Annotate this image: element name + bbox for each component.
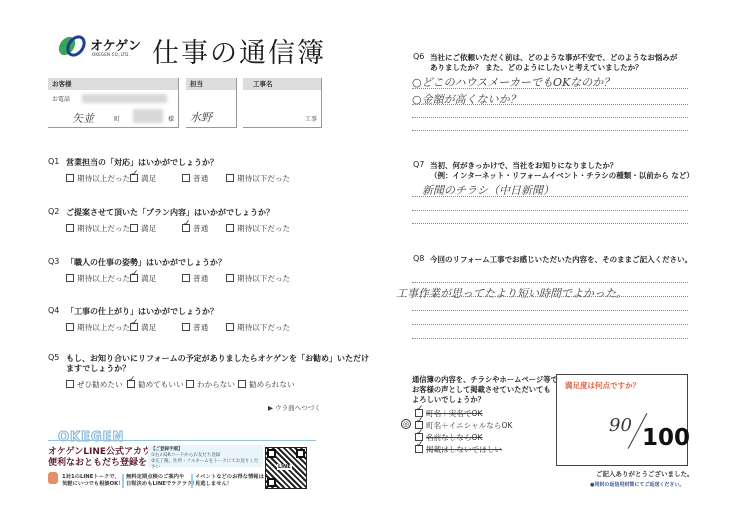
customer-label: お客様 [48,78,178,90]
page-title: 仕事の通信簿 [152,31,326,70]
q4-option[interactable]: 期待以下だった [226,322,290,333]
q6-line [412,88,688,89]
q6-text-line2: ありましたか？ また、どのようにしたいと考えていましたか？ [430,62,643,73]
q5-text-line2: ますでしょうか？ [66,363,130,374]
feature-2-line2: 日程決めもLINEでラクラク！ [126,481,198,488]
project-suffix: 工事 [305,114,317,123]
banner-divider [48,440,316,441]
publish-option-label: 掲載はしないでほしい [426,445,502,454]
feature-3-line1: イベントなどのお得な情報は [195,474,264,481]
checkbox[interactable] [66,323,74,331]
registration-steps: 【ご登録手順】 ①右のQRコードからお友だち登録 ②完了後、住所・フルネームをト… [148,445,263,467]
q5-option[interactable]: わからない [186,379,235,390]
feature-1-line2: 気軽にいつでも相談OK！ [62,481,124,488]
option-label: 勧めてもいい [138,380,184,389]
checkbox[interactable] [127,380,135,388]
q8-text: 今回のリフォーム工事でお感じいただいた内容を、そのままご記入ください。 [430,254,692,265]
option-label: 期待以下だった [237,323,290,332]
q5-number: Q5 [48,353,59,362]
q8-answer: 工事作業が思ってたより短い時間でよかった。 [396,285,627,301]
publish-option-label: 町名＋実名でOK [426,409,483,418]
checkbox[interactable] [226,274,234,282]
q4-option[interactable]: 普通 [182,322,208,333]
publish-option-label: 町名＋イニシャルならOK [426,421,512,430]
feature-1-line1: 1対1のLINEトークで、 [62,474,124,481]
score-value: 90 [609,415,632,436]
q1-text: 営業担当の「対応」はいかがでしょうか？ [66,157,218,168]
q1-option[interactable]: 満足 [130,173,156,184]
checkbox[interactable] [182,274,190,282]
option-label: 満足 [141,174,156,183]
checkbox[interactable] [66,380,74,388]
line-qr-code-icon[interactable]: LINE [265,447,307,489]
q3-text: 「職人の仕事の姿勢」はいかがでしょうか？ [66,257,226,268]
publish-option[interactable]: 町名＋実名でOK [415,408,483,419]
q7-number: Q7 [413,160,424,169]
q4-option[interactable]: 満足 [130,322,156,333]
q6-line [412,104,688,105]
q5-option[interactable]: 勧められない [238,379,295,390]
q8-line [412,296,688,297]
checkbox[interactable] [182,174,190,182]
q8-line [412,282,688,283]
score-label: 満足度は何点ですか？ [565,380,640,391]
option-label: 満足 [141,274,156,283]
q2-number: Q2 [48,207,59,216]
customer-box: お客様 お電話 矢並 町 様 [48,78,179,128]
qr-line-label: LINE [277,464,292,470]
checkbox[interactable] [226,224,234,232]
staff-box: 担当 水野 [186,78,237,128]
q3-option[interactable]: 普通 [182,273,208,284]
checkbox[interactable] [182,224,190,232]
publish-question-line1: 通信簿の内容を、チラシやホームページ等で [412,375,558,385]
selected-mark-icon: ◎ [401,419,411,429]
feature-1: 1対1のLINEトークで、 気軽にいつでも相談OK！ [62,474,124,488]
phone-redacted [82,94,167,103]
option-label: 普通 [193,323,208,332]
q4-option[interactable]: 期待以上だった [66,322,130,333]
option-label: ぜひ勧めたい [77,380,123,389]
publish-question-line2: お客様の声として掲載させていただいても [412,385,551,395]
q6-line [412,130,688,131]
checkbox[interactable] [226,323,234,331]
q1-option[interactable]: 期待以下だった [226,173,290,184]
q6-number: Q6 [413,52,424,61]
q2-option[interactable]: 普通 [182,223,208,234]
feature-2: 無料定期点検のご案内や 日程決めもLINEでラクラク！ [126,474,198,488]
checkbox[interactable] [130,274,138,282]
score-box: 満足度は何点ですか？ 90 100 [556,374,688,466]
checkbox[interactable] [66,274,74,282]
option-label: 期待以上だった [77,323,130,332]
phone-label: お電話 [52,94,70,103]
okegen-logo-icon [56,34,88,58]
q7-text-line2: （例：インターネット・リフォームイベント・チラシの種類・以前から など） [430,170,694,181]
q3-option[interactable]: 期待以下だった [226,273,290,284]
option-label: 満足 [141,323,156,332]
checkbox[interactable] [182,323,190,331]
option-label: 勧められない [249,380,295,389]
publish-option[interactable]: 名前なしならOK [415,432,483,443]
option-label: 普通 [193,174,208,183]
thanks-message: ご記入ありがとうございました。 [596,469,694,478]
score-max: 100 [642,425,690,451]
q3-option[interactable]: 期待以上だった [66,273,130,284]
okegen-brand: OKEGEN [58,430,124,445]
name-redacted [133,109,163,123]
checkbox[interactable] [66,224,74,232]
feature-divider [122,474,124,488]
q1-option[interactable]: 期待以上だった [66,173,130,184]
checkbox[interactable] [130,323,138,331]
option-label: 普通 [193,224,208,233]
q6-line [412,117,688,118]
company-subtitle: OKEGEN CO.,LTD. [92,52,130,57]
q7-line [412,223,688,224]
q2-option[interactable]: 満足 [130,223,156,234]
continue-note: ▶ ウラ面へつづく [268,403,321,412]
q4-text: 「工事の仕上がり」はいかがでしょうか？ [66,306,218,317]
q2-option[interactable]: 期待以上だった [66,223,130,234]
thumbs-up-icon [48,472,58,484]
checkbox[interactable] [238,380,246,388]
q2-text: ご提案させて頂いた「プラン内容」はいかがでしょうか？ [66,207,274,218]
option-label: わからない [197,380,235,389]
publish-option[interactable]: 掲載はしないでほしい [415,444,502,455]
option-label: 期待以下だった [237,224,290,233]
town-suffix: 町 [114,114,120,123]
checkbox[interactable] [130,224,138,232]
option-label: 期待以下だった [237,174,290,183]
option-label: 期待以上だった [77,174,130,183]
return-note: ●同封の返信用封筒にてご返送ください。 [590,481,684,488]
q8-number: Q8 [413,254,424,263]
option-label: 期待以上だった [77,274,130,283]
checkbox[interactable] [415,445,423,453]
checkbox[interactable] [186,380,194,388]
checkbox[interactable] [226,174,234,182]
q5-option[interactable]: ぜひ勧めたい [66,379,123,390]
q8-line [412,324,688,325]
q2-option[interactable]: 期待以下だった [226,223,290,234]
feature-3: イベントなどのお得な情報は 見逃しません！ [195,474,264,488]
q3-number: Q3 [48,257,59,266]
feature-divider [191,474,193,488]
option-label: 期待以下だった [237,274,290,283]
staff-name: 水野 [190,109,212,125]
q7-line [412,210,688,211]
option-label: 満足 [141,224,156,233]
option-label: 普通 [193,274,208,283]
option-label: 期待以上だった [77,224,130,233]
project-label: 工事名 [243,78,321,90]
honorific: 様 [168,114,174,123]
howto-step-2: ②完了後、住所・フルネームをトークにてお送りください [151,459,260,471]
feature-2-line1: 無料定期点検のご案内や [126,474,198,481]
customer-town: 矢並 [72,110,94,126]
feature-3-line2: 見逃しません！ [195,481,264,488]
publish-option-label: 名前なしならOK [426,433,483,442]
q3-option[interactable]: 満足 [130,273,156,284]
staff-label: 担当 [186,78,236,90]
project-box: 工事名 工事 [243,78,322,128]
checkbox[interactable] [130,174,138,182]
q4-number: Q4 [48,306,59,315]
q1-number: Q1 [48,157,59,166]
checkbox[interactable] [66,174,74,182]
q8-line [412,310,688,311]
publish-option[interactable]: 町名＋イニシャルならOK [415,420,512,431]
q8-line [412,338,688,339]
q5-option[interactable]: 勧めてもいい [127,379,184,390]
q7-line [412,196,688,197]
q1-option[interactable]: 普通 [182,173,208,184]
